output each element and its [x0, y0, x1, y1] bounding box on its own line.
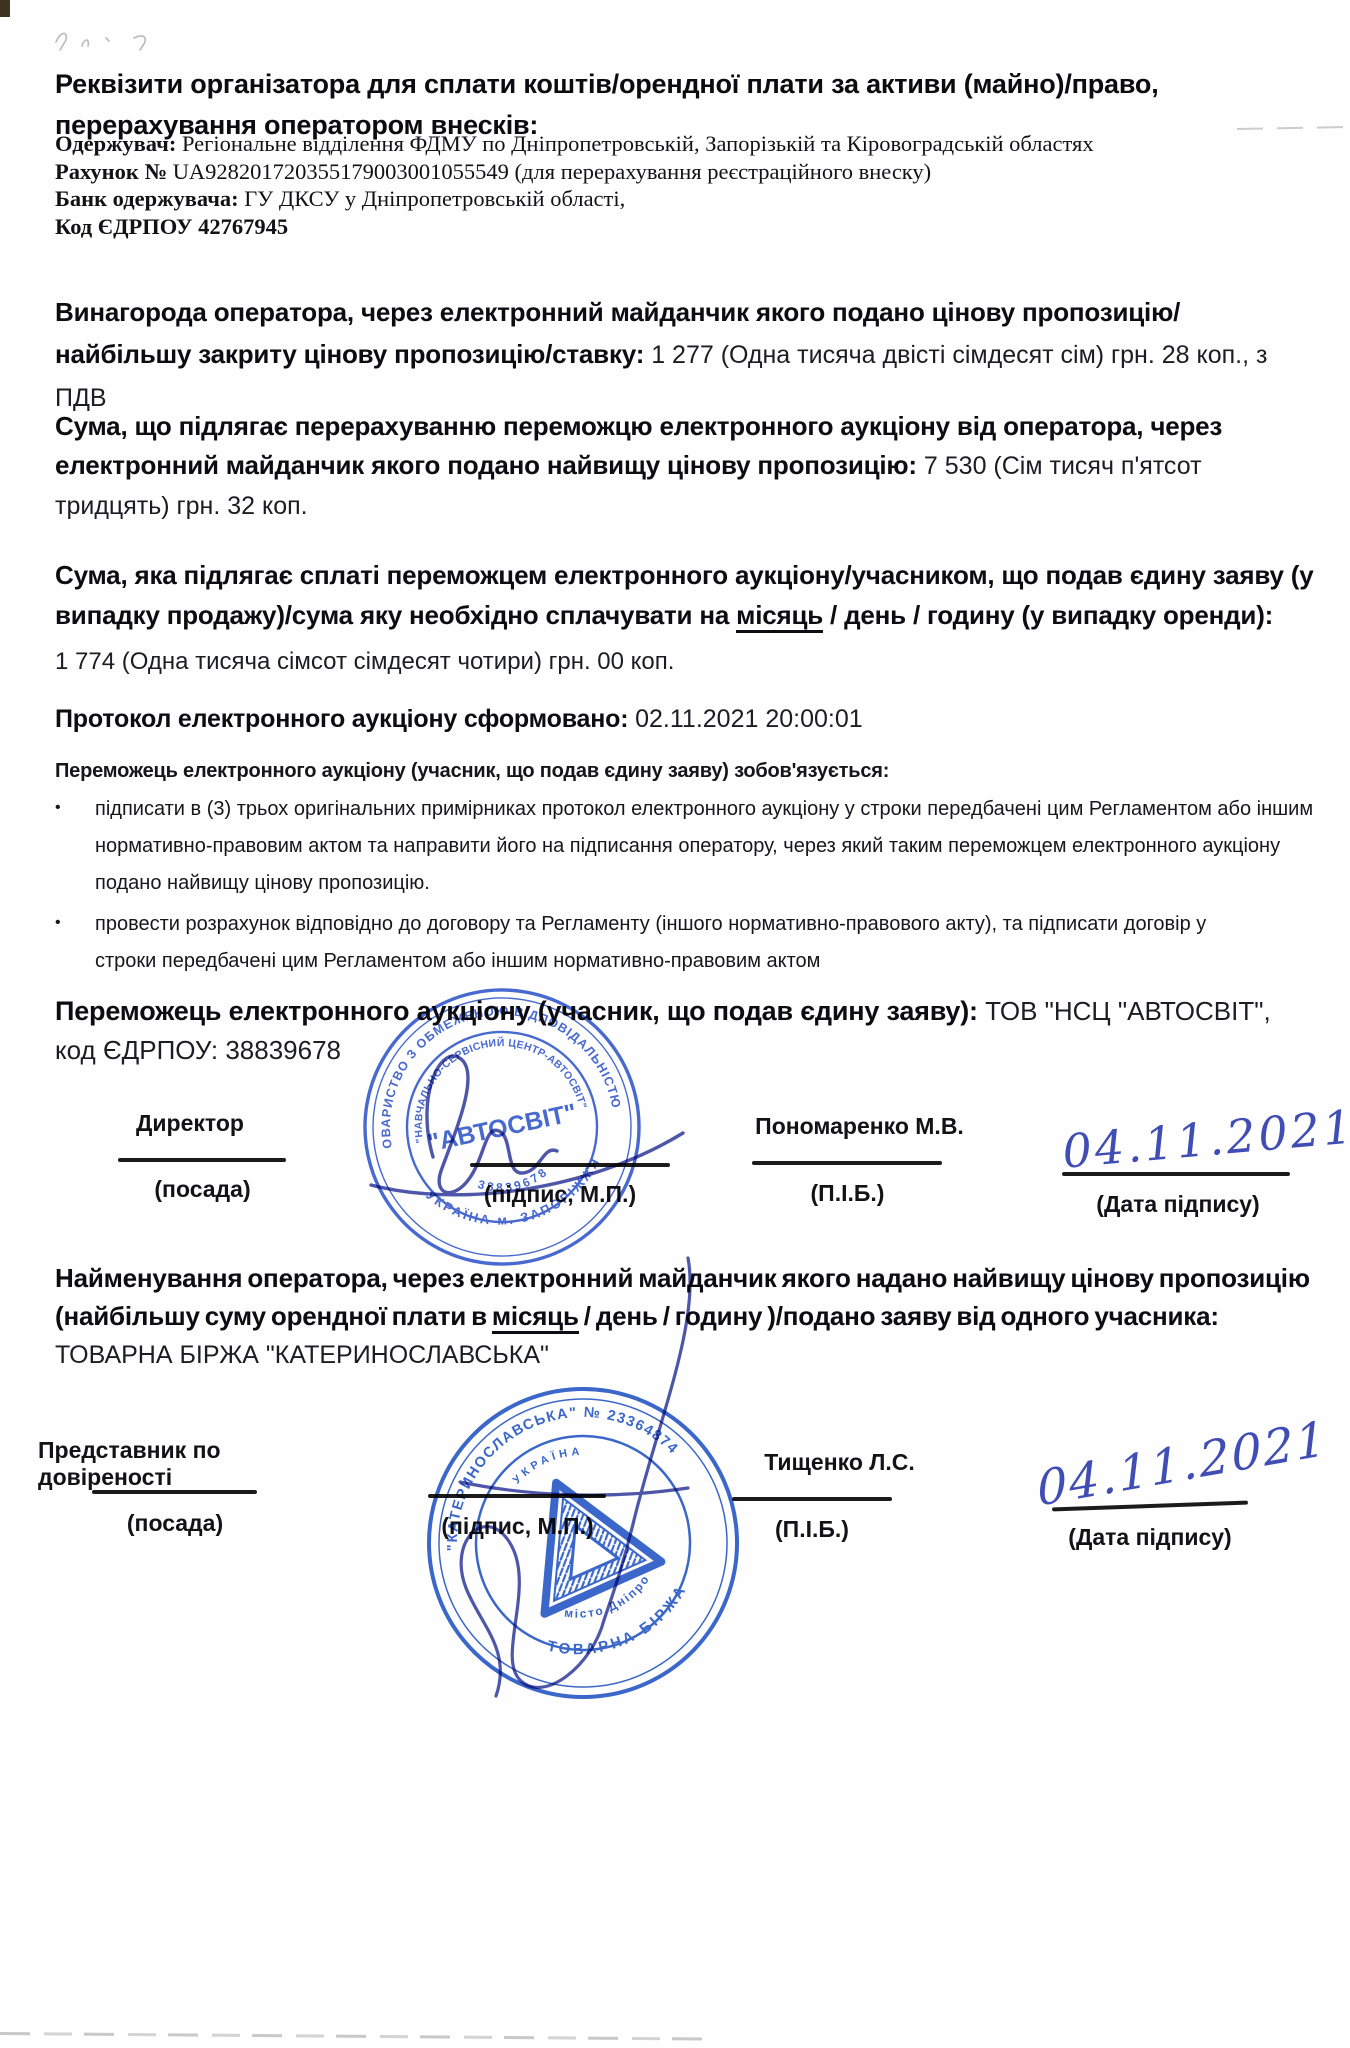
- payment-requisites: Одержувач: Регіональне відділення ФДМУ п…: [55, 130, 1340, 240]
- signature1-position-line: [118, 1158, 286, 1162]
- signature1-position-caption: (посада): [105, 1176, 300, 1203]
- signature2-position-line: [92, 1490, 257, 1494]
- edrpou-code: Код ЄДРПОУ 42767945: [55, 214, 288, 239]
- signature1-date-line: [1062, 1172, 1290, 1176]
- signature2-name: Тищенко Л.С.: [752, 1449, 927, 1476]
- pencil-marks-artifact: [48, 16, 188, 58]
- obligation-item-2: • провести розрахунок відповідно до дого…: [55, 906, 1270, 980]
- protocol-datetime: 02.11.2021 20:00:01: [635, 705, 863, 733]
- scan-artifact-bottom-line: [0, 2032, 705, 2041]
- bank-line: Банк одержувача: ГУ ДКСУ у Дніпропетровс…: [55, 185, 1340, 213]
- winner-payment-underlined-word: місяць: [736, 600, 823, 633]
- bank-value: ГУ ДКСУ у Дніпропетровській області,: [239, 186, 626, 211]
- signature2-position-caption: (посада): [75, 1510, 275, 1537]
- account-label: Рахунок №: [55, 159, 167, 184]
- obligation-item-1: • підписати в (3) трьох оригінальних при…: [55, 791, 1327, 902]
- account-value: UA928201720355179003001055549 (для перер…: [167, 159, 931, 184]
- signature1-name: Пономаренко М.В.: [752, 1113, 967, 1140]
- signature2-position: Представник по довіреності: [38, 1437, 358, 1491]
- scanned-document-page: Реквізити організатора для сплати коштів…: [0, 0, 1350, 2048]
- winner-payment-paragraph: Сума, яка підлягає сплаті переможцем еле…: [55, 555, 1325, 635]
- operator-fee-paragraph: Винагорода оператора, через електронний …: [55, 291, 1305, 419]
- signature2-handwritten-date: 04.11.2021: [1035, 1410, 1329, 1517]
- protocol-paragraph: Протокол електронного аукціону сформован…: [55, 705, 863, 734]
- protocol-label: Протокол електронного аукціону сформован…: [55, 705, 635, 733]
- bank-label: Банк одержувача:: [55, 186, 239, 211]
- signature2-name-caption: (П.І.Б.): [742, 1516, 882, 1543]
- obligation-text-2: провести розрахунок відповідно до догово…: [95, 906, 1270, 980]
- signature2-ink-stroke: [408, 1252, 738, 1722]
- signature1-handwritten-date: 04.11.2021: [1060, 1099, 1350, 1178]
- signature1-name-line: [752, 1161, 942, 1165]
- obligations-intro: Переможець електронного аукціону (учасни…: [55, 760, 889, 783]
- winner-payment-value: 1 774 (Одна тисяча сімсот сімдесят чотир…: [55, 648, 674, 676]
- edrpou-line: Код ЄДРПОУ 42767945: [55, 213, 1340, 241]
- obligation-text-1: підписати в (3) трьох оригінальних примі…: [95, 791, 1327, 902]
- account-line: Рахунок № UA928201720355179003001055549 …: [55, 158, 1340, 186]
- receiver-label: Одержувач:: [55, 131, 176, 156]
- receiver-line: Одержувач: Регіональне відділення ФДМУ п…: [55, 130, 1340, 158]
- bullet-icon: •: [55, 906, 95, 980]
- signature2-name-line: [732, 1497, 892, 1501]
- signature1-position: Директор: [105, 1110, 275, 1137]
- signature1-name-caption: (П.І.Б.): [755, 1180, 940, 1207]
- signature2-date-caption: (Дата підпису): [1040, 1524, 1260, 1551]
- receiver-value: Регіональне відділення ФДМУ по Дніпропет…: [176, 131, 1093, 156]
- scan-artifact-corner: [0, 0, 10, 17]
- winner-transfer-paragraph: Сума, що підлягає перерахуванню переможц…: [55, 407, 1317, 526]
- winner-payment-label-part2: / день / годину (у випадку оренди):: [823, 600, 1273, 630]
- signature1-ink-stroke: [345, 1025, 695, 1215]
- bullet-icon: •: [55, 791, 95, 902]
- signature1-date-caption: (Дата підпису): [1068, 1191, 1288, 1218]
